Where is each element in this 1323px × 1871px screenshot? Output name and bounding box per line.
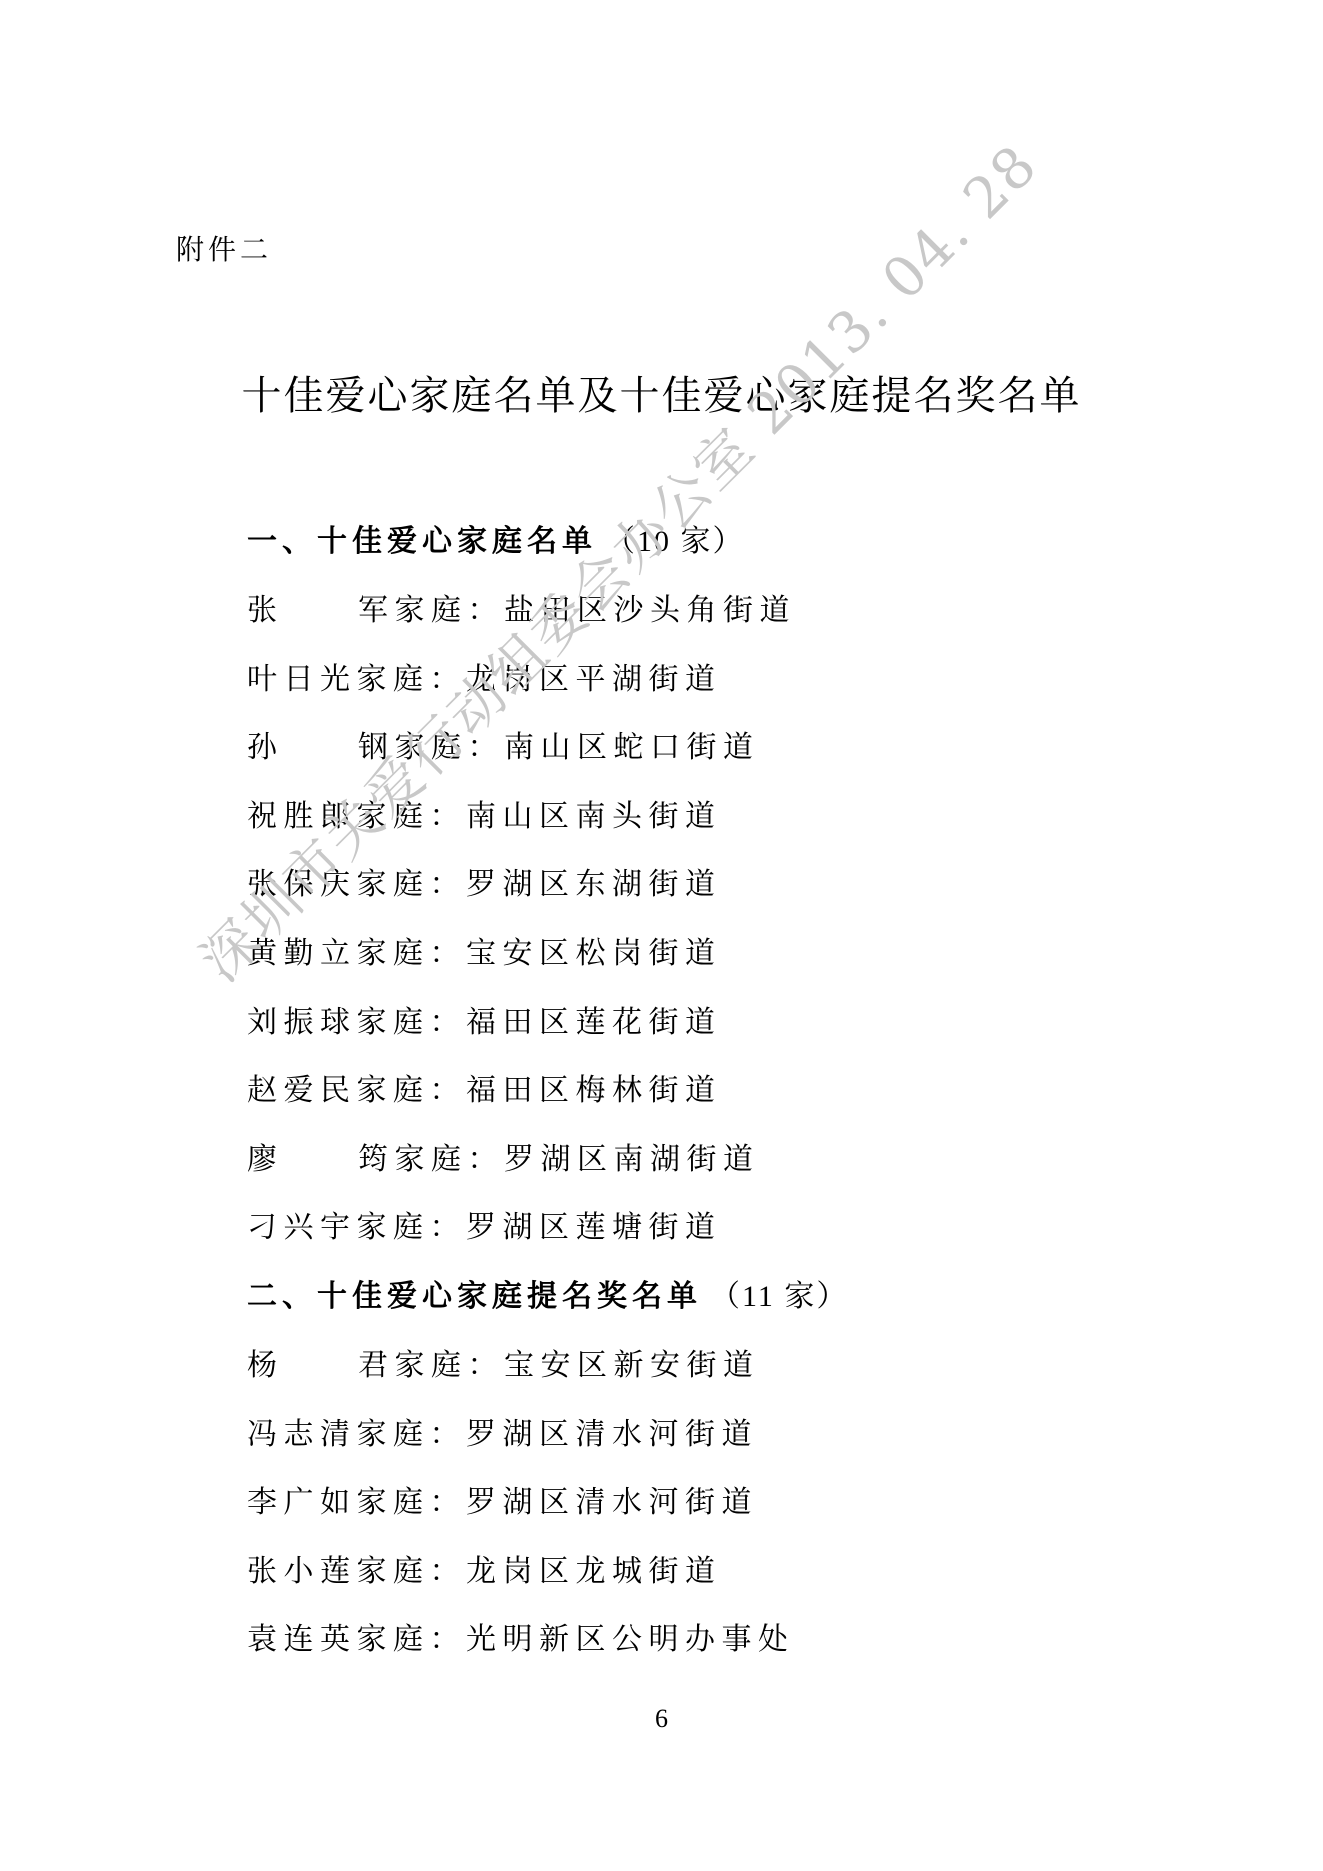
family-name: 刁兴宇 xyxy=(247,1210,357,1245)
list-item: 赵爱民家庭：福田区梅林街道 xyxy=(247,1067,848,1136)
family-location: 福田区莲花街道 xyxy=(466,1005,722,1040)
family-location: 南山区南头街道 xyxy=(466,799,722,834)
family-location: 光明新区公明办事处 xyxy=(466,1622,795,1657)
family-name: 李广如 xyxy=(247,1485,357,1520)
family-label: 家庭： xyxy=(357,1210,467,1245)
family-location: 罗湖区东湖街道 xyxy=(466,867,722,902)
section-heading-text: 二、十佳爱心家庭提名奖名单 xyxy=(247,1279,702,1314)
list-item: 叶日光家庭：龙岗区平湖街道 xyxy=(247,656,848,725)
list-item: 孙钢家庭：南山区蛇口街道 xyxy=(247,724,848,793)
section-count: （10 家） xyxy=(605,525,745,558)
list-item: 张军家庭：盐田区沙头角街道 xyxy=(247,587,848,656)
family-location: 罗湖区清水河街道 xyxy=(466,1417,758,1452)
family-label: 家庭： xyxy=(357,1417,467,1452)
family-name: 杨 xyxy=(247,1342,358,1390)
family-label: 家庭： xyxy=(357,936,467,971)
family-name: 刘振球 xyxy=(247,1005,357,1040)
section-count: （11 家） xyxy=(710,1280,848,1313)
family-label: 家庭： xyxy=(357,799,467,834)
family-location: 龙岗区龙城街道 xyxy=(466,1554,722,1589)
document-body: 一、十佳爱心家庭名单（10 家） 张军家庭：盐田区沙头角街道 叶日光家庭：龙岗区… xyxy=(247,518,848,1685)
list-item: 刘振球家庭：福田区莲花街道 xyxy=(247,999,848,1068)
family-name: 叶日光 xyxy=(247,662,357,697)
family-location: 宝安区松岗街道 xyxy=(466,936,722,971)
family-label: 家庭： xyxy=(357,1005,467,1040)
list-item: 刁兴宇家庭：罗湖区莲塘街道 xyxy=(247,1204,848,1273)
list-item: 冯志清家庭：罗湖区清水河街道 xyxy=(247,1411,848,1480)
document-title: 十佳爱心家庭名单及十佳爱心家庭提名奖名单 xyxy=(0,364,1323,421)
family-name: 张保庆 xyxy=(247,867,357,902)
list-item: 袁连英家庭：光明新区公明办事处 xyxy=(247,1616,848,1685)
list-item: 黄勤立家庭：宝安区松岗街道 xyxy=(247,930,848,999)
family-label: 家庭： xyxy=(357,662,467,697)
family-label: 家庭： xyxy=(357,1073,467,1108)
list-item: 李广如家庭：罗湖区清水河街道 xyxy=(247,1479,848,1548)
family-location: 福田区梅林街道 xyxy=(466,1073,722,1108)
family-location: 龙岗区平湖街道 xyxy=(466,662,722,697)
family-location: 宝安区新安街道 xyxy=(504,1348,760,1383)
family-label: 家庭： xyxy=(357,1485,467,1520)
family-label: 筠家庭： xyxy=(358,1142,504,1177)
page-number: 6 xyxy=(0,1704,1323,1734)
list-item: 祝胜郎家庭：南山区南头街道 xyxy=(247,793,848,862)
family-label: 家庭： xyxy=(357,1622,467,1657)
family-name: 祝胜郎 xyxy=(247,799,357,834)
family-label: 君家庭： xyxy=(358,1348,504,1383)
family-name: 冯志清 xyxy=(247,1417,357,1452)
family-label: 军家庭： xyxy=(358,593,504,628)
family-label: 家庭： xyxy=(357,1554,467,1589)
list-item: 杨君家庭：宝安区新安街道 xyxy=(247,1342,848,1411)
family-location: 罗湖区莲塘街道 xyxy=(466,1210,722,1245)
attachment-label: 附件二 xyxy=(176,228,272,268)
family-name: 张小莲 xyxy=(247,1554,357,1589)
family-name: 张 xyxy=(247,587,358,635)
family-label: 钢家庭： xyxy=(358,730,504,765)
family-name: 孙 xyxy=(247,724,358,772)
family-name: 廖 xyxy=(247,1136,358,1184)
family-name: 黄勤立 xyxy=(247,936,357,971)
list-item: 张小莲家庭：龙岗区龙城街道 xyxy=(247,1548,848,1617)
family-location: 罗湖区南湖街道 xyxy=(504,1142,760,1177)
family-name: 袁连英 xyxy=(247,1622,357,1657)
family-location: 罗湖区清水河街道 xyxy=(466,1485,758,1520)
family-location: 南山区蛇口街道 xyxy=(504,730,760,765)
family-location: 盐田区沙头角街道 xyxy=(504,593,796,628)
section-heading: 二、十佳爱心家庭提名奖名单（11 家） xyxy=(247,1273,848,1342)
section-heading: 一、十佳爱心家庭名单（10 家） xyxy=(247,518,848,587)
family-name: 赵爱民 xyxy=(247,1073,357,1108)
list-item: 张保庆家庭：罗湖区东湖街道 xyxy=(247,861,848,930)
list-item: 廖筠家庭：罗湖区南湖街道 xyxy=(247,1136,848,1205)
family-label: 家庭： xyxy=(357,867,467,902)
section-heading-text: 一、十佳爱心家庭名单 xyxy=(247,524,597,559)
